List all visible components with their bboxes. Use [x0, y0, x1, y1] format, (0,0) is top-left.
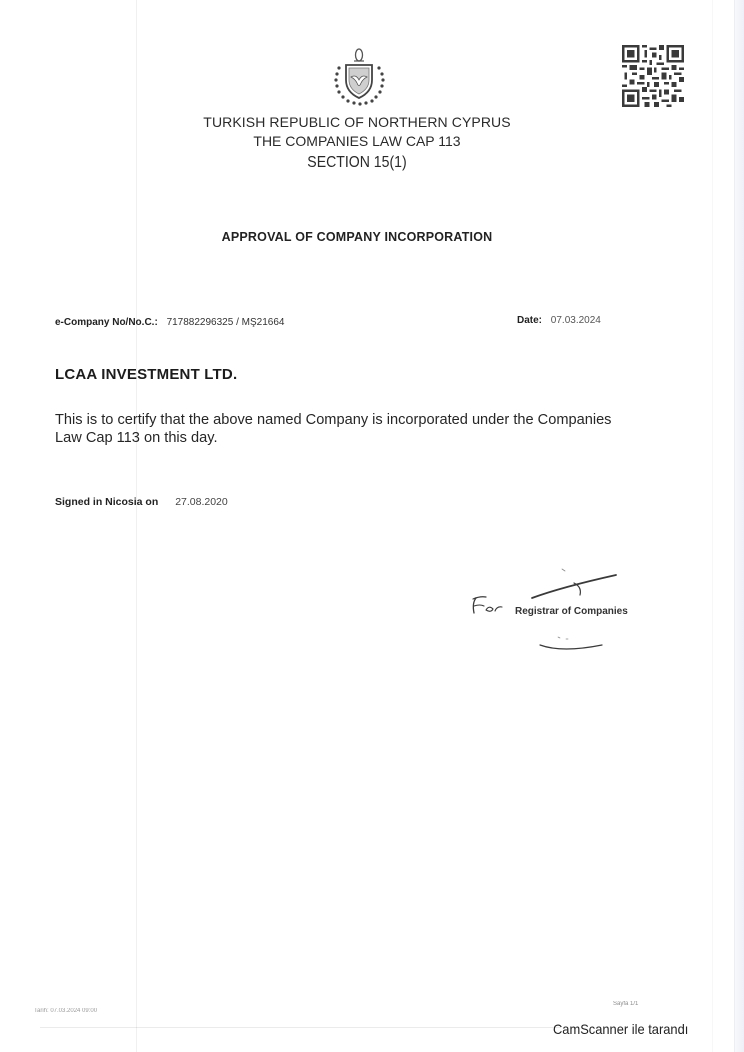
page-indicator: Sayfa 1/1	[613, 1001, 638, 1007]
trnc-coat-of-arms-icon	[328, 46, 390, 110]
header-republic: TURKISH REPUBLIC OF NORTHERN CYPRUS	[0, 114, 714, 130]
scan-edge-strip	[734, 0, 744, 1052]
date-label: Date:	[517, 315, 542, 326]
signed-row: Signed in Nicosia on 27.08.2020	[55, 496, 228, 508]
print-timestamp: Tarih: 07.03.2024 09:00	[34, 1008, 97, 1014]
company-number-label: e-Company No/No.C.:	[55, 317, 158, 328]
certification-text: This is to certify that the above named …	[55, 411, 635, 447]
company-number-value: 717882296325 / MŞ21664	[167, 317, 285, 328]
header-companies-law: THE COMPANIES LAW CAP 113	[0, 133, 714, 149]
scan-faint-line	[712, 0, 713, 1052]
document-page: TURKISH REPUBLIC OF NORTHERN CYPRUS THE …	[0, 0, 744, 1052]
company-number-row: e-Company No/No.C.: 717882296325 / MŞ216…	[55, 317, 284, 328]
company-name: LCAA INVESTMENT LTD.	[55, 366, 237, 383]
registrar-title: Registrar of Companies	[515, 606, 628, 617]
date-row: Date: 07.03.2024	[517, 315, 601, 326]
signed-label: Signed in Nicosia on	[55, 496, 158, 508]
signed-date: 27.08.2020	[175, 496, 228, 508]
camscanner-watermark: CamScanner ile tarandı	[553, 1021, 688, 1037]
qr-code-icon	[622, 45, 684, 107]
document-title: APPROVAL OF COMPANY INCORPORATION	[0, 230, 714, 244]
header-section: SECTION 15(1)	[43, 154, 671, 172]
date-value: 07.03.2024	[551, 315, 601, 326]
footer-divider	[40, 1027, 560, 1028]
